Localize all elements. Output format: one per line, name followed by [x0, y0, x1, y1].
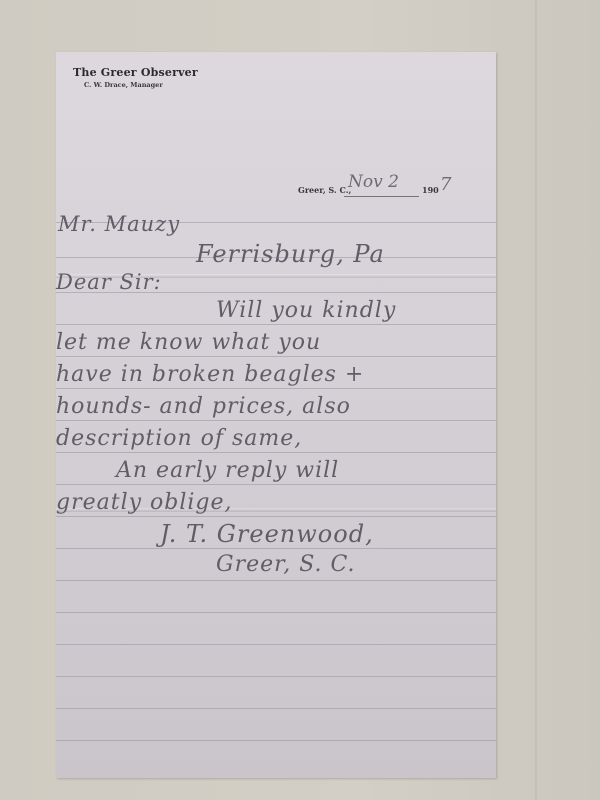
letter-paper: The Greer Observer C. W. Drace, Manager …	[56, 52, 496, 778]
ruled-line	[56, 388, 496, 389]
body-line-4: hounds- and prices, also	[56, 394, 351, 419]
ruled-line	[56, 612, 496, 613]
dateline-month-day: Nov 2	[348, 172, 399, 192]
ruled-line	[56, 484, 496, 485]
ruled-line	[56, 548, 496, 549]
addressee: Mr. Mauzy	[58, 212, 180, 236]
letterhead-title: The Greer Observer	[73, 66, 198, 79]
background-edge	[535, 0, 537, 800]
body-line-7: greatly oblige,	[56, 490, 233, 515]
ruled-line	[56, 708, 496, 709]
body-line-5: description of same,	[56, 426, 302, 451]
salutation: Dear Sir:	[56, 270, 162, 294]
ruled-line	[56, 356, 496, 357]
letterhead-manager: C. W. Drace, Manager	[84, 81, 163, 89]
ruled-line	[56, 580, 496, 581]
ruled-line	[56, 452, 496, 453]
address-city: Ferrisburg, Pa	[196, 240, 385, 268]
body-line-1: Will you kindly	[216, 298, 396, 323]
body-line-6: An early reply will	[116, 458, 339, 483]
dateline-year-prefix: 190	[422, 185, 439, 195]
ruled-line	[56, 324, 496, 325]
dateline-year-suffix: 7	[440, 174, 451, 195]
ruled-line	[56, 740, 496, 741]
signature: J. T. Greenwood,	[160, 520, 374, 548]
ruled-line	[56, 420, 496, 421]
ruled-line	[56, 644, 496, 645]
body-line-2: let me know what you	[56, 330, 321, 355]
ruled-line	[56, 516, 496, 517]
signature-place: Greer, S. C.	[216, 552, 356, 577]
ruled-line	[56, 676, 496, 677]
dateline-place: Greer, S. C.,	[298, 185, 351, 195]
date-underline	[344, 196, 419, 197]
body-line-3: have in broken beagles +	[56, 362, 364, 387]
